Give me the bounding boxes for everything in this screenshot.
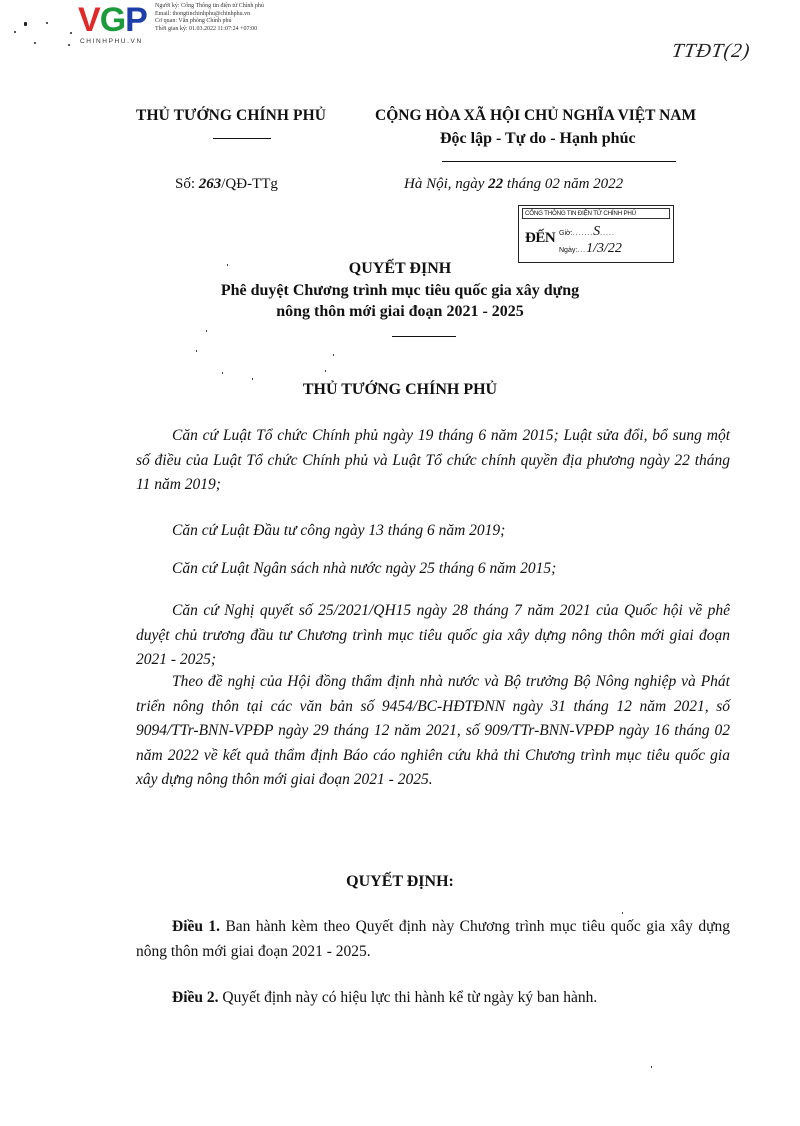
title-underline <box>392 336 456 337</box>
article-2-label: Điều 2. <box>172 989 219 1006</box>
document-subtitle-line2: nông thôn mới giai đoạn 2021 - 2025 <box>0 303 800 321</box>
scan-speck <box>206 330 207 332</box>
stamp-date-field: Ngày:...1/3/22 <box>559 241 622 257</box>
article-1-text: Ban hành kèm theo Quyết định này Chương … <box>136 918 730 960</box>
logo-letter-g: G <box>100 1 125 39</box>
preamble-paragraph: Căn cứ Luật Ngân sách nhà nước ngày 25 t… <box>136 557 730 582</box>
logo-letter-p: P <box>125 1 147 39</box>
preamble-paragraph: Căn cứ Luật Tổ chức Chính phủ ngày 19 th… <box>136 424 730 498</box>
preamble-paragraph: Căn cứ Luật Đầu tư công ngày 13 tháng 6 … <box>136 519 730 544</box>
stamp-date-value: 1/3/22 <box>586 241 622 256</box>
issuer-underline <box>213 138 271 139</box>
logo-letter-v: V <box>78 1 100 39</box>
email-line: Email: thongtinchinhphu@chinhphu.vn <box>155 11 264 19</box>
decision-heading: QUYẾT ĐỊNH: <box>0 873 800 891</box>
logo-subtitle: CHINHPHU.VN <box>80 38 143 45</box>
doc-number-handwritten: 263 <box>199 176 222 192</box>
article-1-label: Điều 1. <box>172 918 220 935</box>
motto-underline <box>442 161 676 162</box>
scan-speck <box>46 22 48 24</box>
scan-speck <box>651 1066 652 1068</box>
signed-time-line: Thời gian ký: 01.03.2022 11:07:24 +07:00 <box>155 26 264 34</box>
digital-signature-info: Người ký: Cổng Thông tin điện tử Chính p… <box>155 3 264 33</box>
national-motto: Độc lập - Tự do - Hạnh phúc <box>440 130 636 148</box>
scan-speck <box>252 378 253 380</box>
scan-speck <box>196 350 197 352</box>
stamp-time-field: Giờ:.......S..... <box>559 224 615 240</box>
scan-speck <box>24 22 27 26</box>
article-1: Điều 1. Ban hành kèm theo Quyết định này… <box>136 915 730 964</box>
stamp-time-label: Giờ: <box>559 230 573 237</box>
date-day-handwritten: 22 <box>488 176 503 192</box>
doc-number-label: Số: <box>175 176 199 192</box>
place-and-date: Hà Nội, ngày 22 tháng 02 năm 2022 <box>404 176 623 193</box>
document-title: QUYẾT ĐỊNH <box>0 260 800 278</box>
scan-speck <box>70 32 72 34</box>
scan-speck <box>333 354 334 356</box>
scan-speck <box>14 31 16 33</box>
preamble-paragraph: Theo đề nghị của Hội đồng thẩm định nhà … <box>136 670 730 793</box>
stamp-date-label: Ngày: <box>559 247 577 254</box>
national-title: CỘNG HÒA XÃ HỘI CHỦ NGHĨA VIỆT NAM <box>375 107 696 125</box>
place-date-suffix: tháng 02 năm 2022 <box>503 176 623 192</box>
received-stamp: CỔNG THÔNG TIN ĐIỆN TỬ CHÍNH PHỦ ĐẾN Giờ… <box>518 205 674 263</box>
scan-speck <box>622 912 623 914</box>
article-2: Điều 2. Quyết định này có hiệu lực thi h… <box>136 986 730 1011</box>
signer-line: Người ký: Cổng Thông tin điện tử Chính p… <box>155 3 264 11</box>
document-number: Số: 263/QĐ-TTg <box>175 176 278 193</box>
document-subtitle-line1: Phê duyệt Chương trình mục tiêu quốc gia… <box>0 282 800 300</box>
scan-speck <box>222 372 223 374</box>
vgp-logo-mark: VGP <box>78 3 147 37</box>
article-2-text: Quyết định này có hiệu lực thi hành kể t… <box>219 989 598 1006</box>
agency-line: Cơ quan: Văn phòng Chính phủ <box>155 18 264 26</box>
place-date-prefix: Hà Nội, ngày <box>404 176 488 192</box>
issuing-authority: THỦ TƯỚNG CHÍNH PHỦ <box>136 107 326 125</box>
doc-number-suffix: /QĐ-TTg <box>221 176 278 192</box>
stamp-title: CỔNG THÔNG TIN ĐIỆN TỬ CHÍNH PHỦ <box>522 208 670 219</box>
handwritten-annotation: TTĐT(2) <box>670 40 751 63</box>
scan-speck <box>68 44 70 46</box>
scan-speck <box>34 42 36 44</box>
authority-heading: THỦ TƯỚNG CHÍNH PHỦ <box>0 381 800 399</box>
preamble-paragraph: Căn cứ Nghị quyết số 25/2021/QH15 ngày 2… <box>136 599 730 673</box>
stamp-den-label: ĐẾN <box>525 230 555 247</box>
scan-speck <box>325 370 326 372</box>
